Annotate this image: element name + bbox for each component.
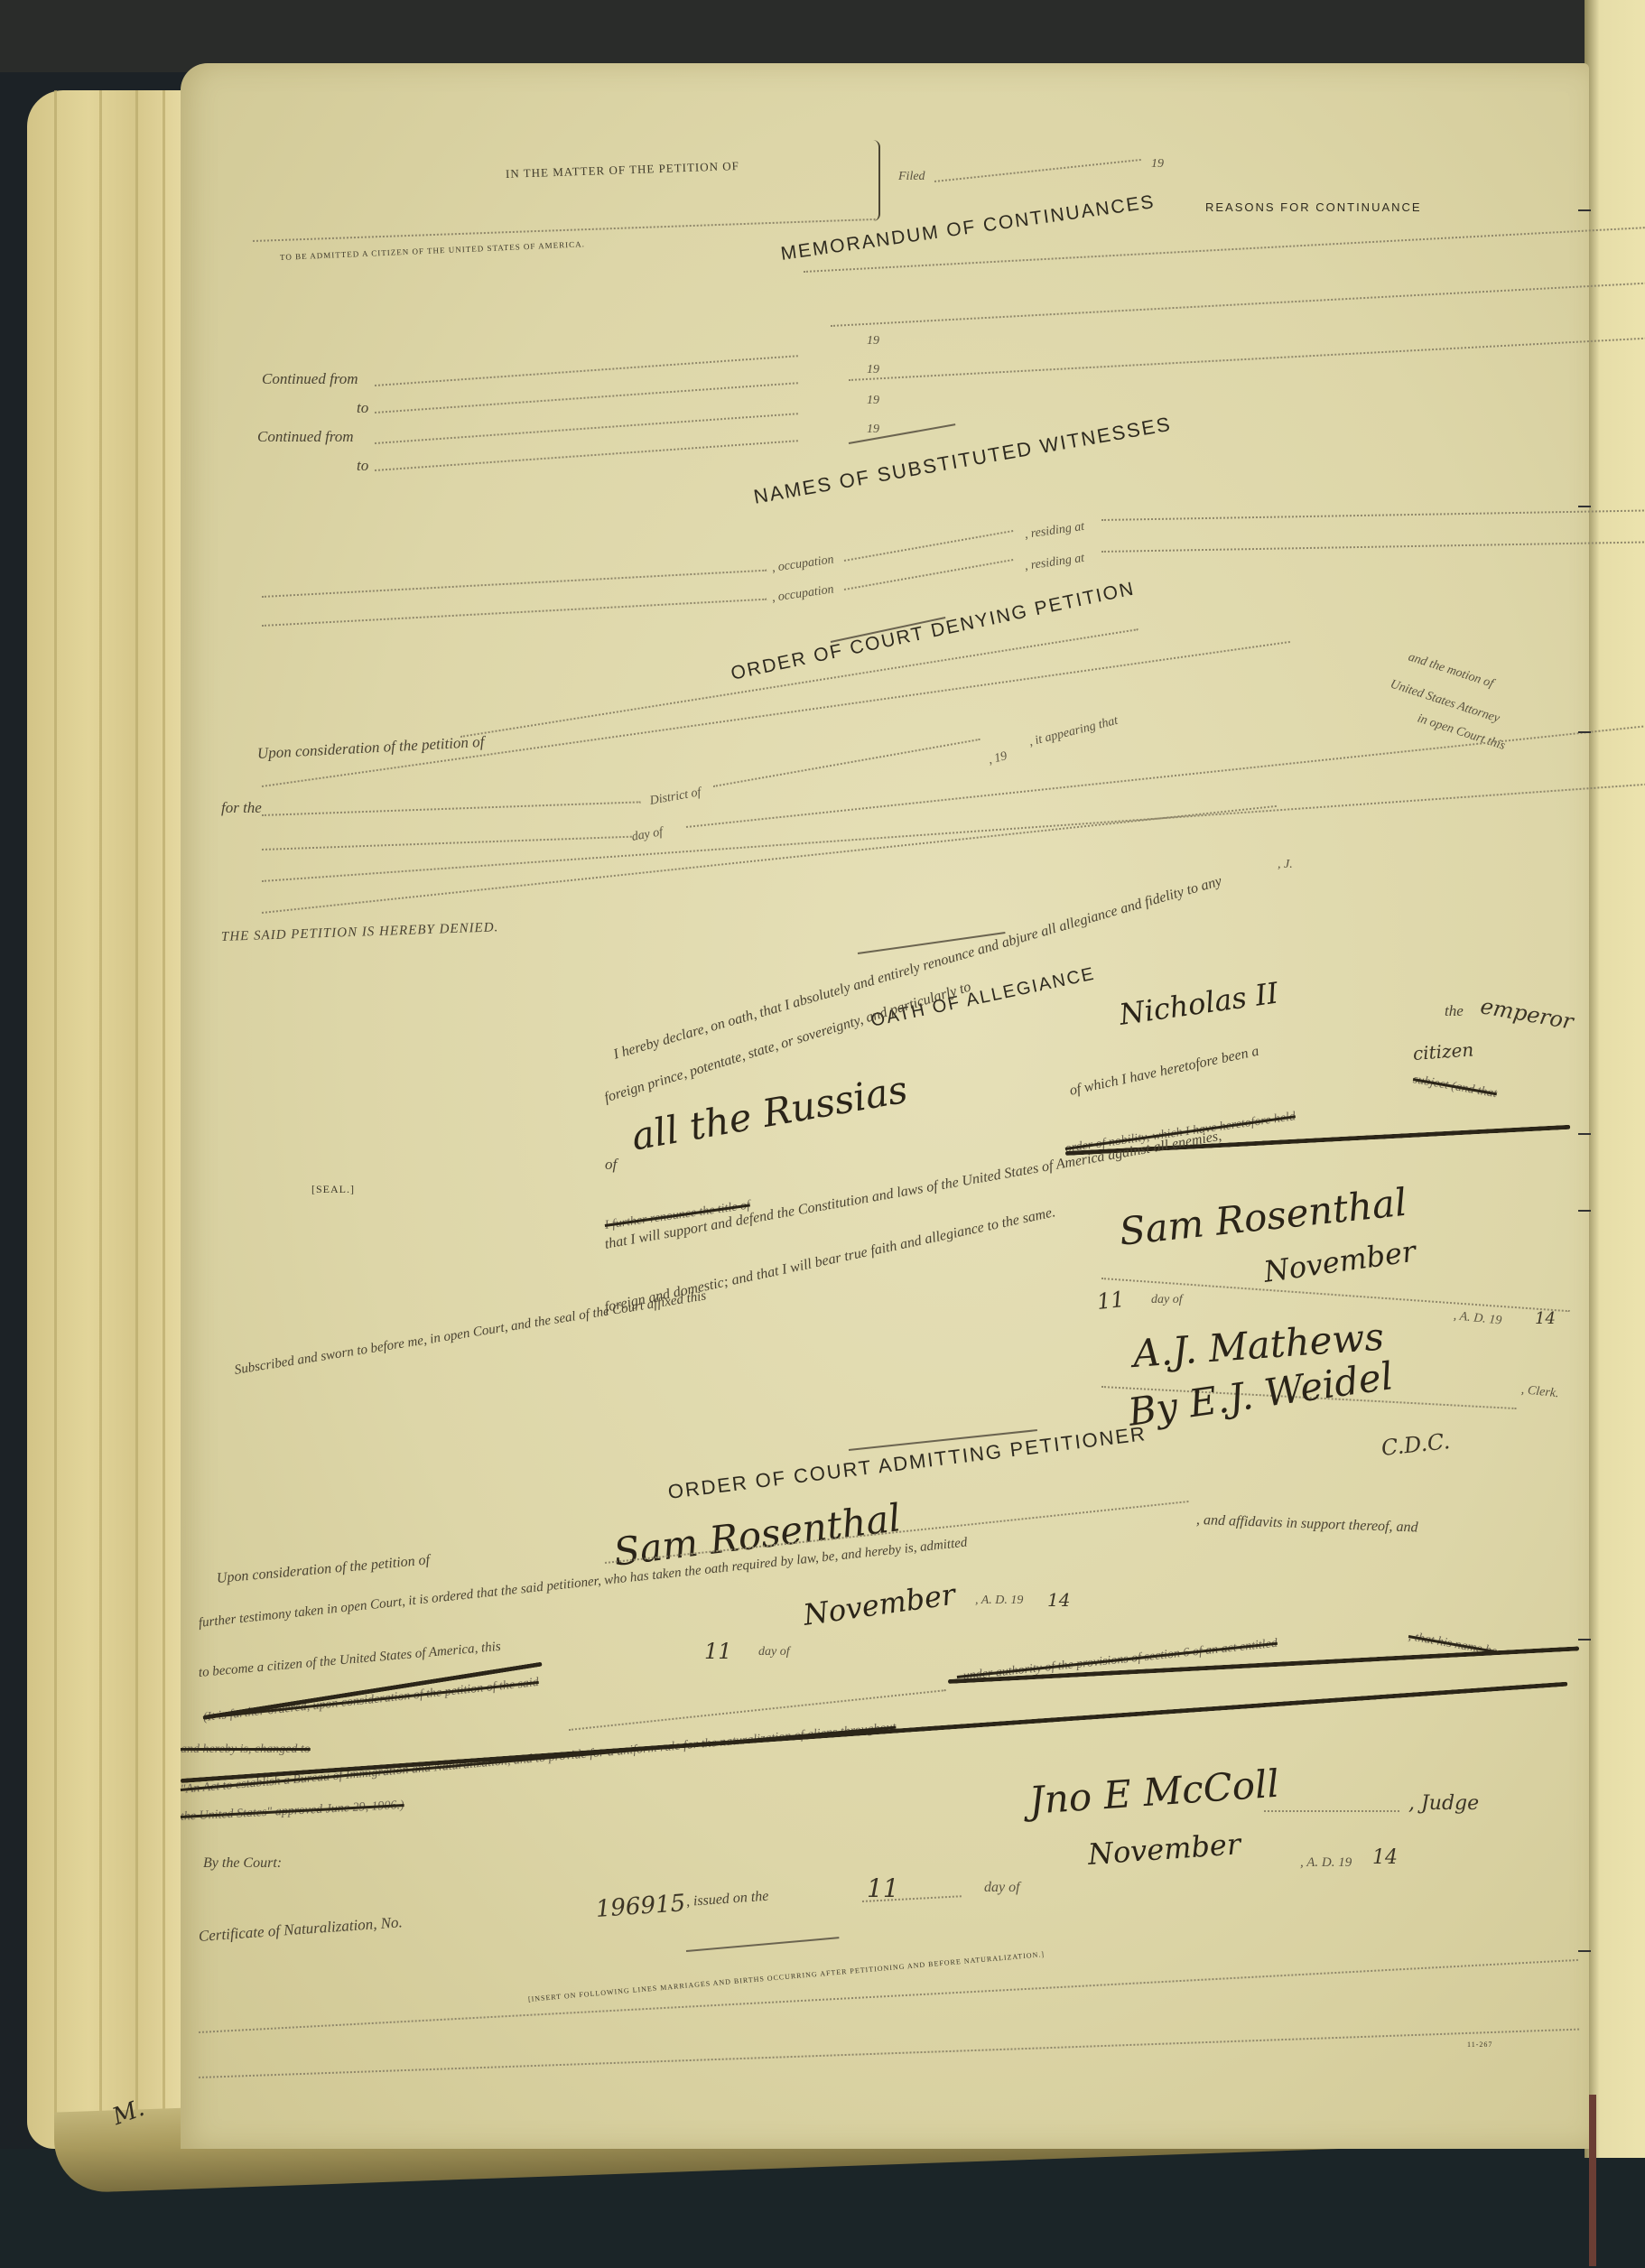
continued-from-line[interactable] — [375, 413, 798, 444]
continued-to-line[interactable] — [375, 382, 798, 414]
affidavits-label: , and affidavits in support thereof, and — [1196, 1512, 1418, 1537]
residing-at-label: , residing at — [1024, 552, 1085, 574]
admitting-upon-consideration: Upon consideration of the petition of — [216, 1552, 431, 1587]
day-of-label: day of — [631, 825, 665, 845]
occupation-label: , occupation — [771, 553, 835, 575]
year-prefix: 19 — [867, 423, 879, 437]
continued-from-line[interactable] — [375, 355, 798, 386]
binding-mark — [1578, 731, 1591, 733]
page-edge-line — [99, 90, 102, 2122]
header-brace — [871, 140, 880, 221]
continued-to-label: to — [357, 457, 368, 475]
struck-subject-text: subject (and that — [1412, 1073, 1498, 1101]
struck-clause-line: (It is further ordered, upon considerati… — [202, 1676, 539, 1725]
ad-label: , A. D. 19 — [1300, 1855, 1352, 1871]
continued-from-label: Continued from — [257, 428, 354, 446]
district-of-label: District of — [649, 785, 702, 809]
certificate-year: 14 — [1372, 1846, 1398, 1869]
denying-line[interactable] — [262, 778, 1645, 882]
district-line[interactable] — [713, 739, 980, 787]
judge-suffix: , J. — [1278, 858, 1293, 872]
binding-mark — [1578, 1210, 1591, 1212]
day-line[interactable] — [262, 836, 632, 850]
residence-line[interactable] — [1101, 540, 1645, 553]
admitted-month: November — [801, 1577, 957, 1632]
issued-on-label: , issued on the — [685, 1889, 769, 1910]
page-edge-line — [54, 90, 57, 2122]
marriages-births-line[interactable] — [199, 2029, 1579, 2078]
oath-the-label: the — [1445, 1002, 1464, 1020]
judge-signature: Jno E McColl — [1027, 1761, 1280, 1823]
binding-mark — [1578, 209, 1591, 211]
section-divider — [849, 423, 956, 444]
witness-name-line[interactable] — [262, 570, 767, 598]
binding-mark — [1578, 506, 1591, 507]
in-the-matter-label: IN THE MATTER OF THE PETITION OF — [506, 159, 739, 181]
handwritten-citizen: citizen — [1412, 1038, 1474, 1064]
facing-page-edge — [1585, 0, 1645, 2158]
continuances-title: MEMORANDUM OF CONTINUANCES — [779, 191, 1157, 265]
page-edge-line — [135, 90, 138, 2122]
to-be-admitted-label: TO BE ADMITTED A CITIZEN OF THE UNITED S… — [280, 239, 585, 262]
day-of-label: day of — [1151, 1293, 1183, 1307]
certificate-month: November — [1087, 1826, 1242, 1872]
it-appearing-label: , it appearing that — [1027, 714, 1120, 750]
page-edge-line — [163, 90, 165, 2122]
handwritten-sovereign: Nicholas II — [1117, 976, 1280, 1032]
seal-label: [SEAL.] — [311, 1183, 355, 1196]
struck-clause-line: the United States" approved June 29, 190… — [181, 1799, 404, 1825]
petitioner-name-line[interactable] — [253, 218, 876, 242]
witnesses-title: NAMES OF SUBSTITUTED WITNESSES — [752, 413, 1174, 509]
for-the-label: for the — [221, 799, 262, 817]
continued-to-line[interactable] — [375, 440, 798, 471]
judge-line[interactable] — [262, 805, 1277, 914]
judge-label: , Judge — [1408, 1792, 1479, 1815]
continued-from-label: Continued from — [262, 370, 358, 388]
occupation-line[interactable] — [844, 559, 1013, 590]
denying-year: , 19 — [987, 749, 1008, 768]
day-of-label: day of — [984, 1880, 1020, 1896]
subscribed-sworn-label: Subscribed and sworn to before me, in op… — [234, 1288, 708, 1378]
residence-line[interactable] — [1101, 508, 1645, 521]
certificate-label: Certificate of Naturalization, No. — [198, 1913, 403, 1946]
year-prefix: 19 — [867, 363, 879, 377]
occupation-line[interactable] — [844, 530, 1013, 562]
clerk-label: , Clerk. — [1520, 1383, 1559, 1401]
residing-at-label: , residing at — [1024, 520, 1085, 543]
document-content: IN THE MATTER OF THE PETITION OF Filed 1… — [181, 63, 1589, 2149]
oath-of-label: of — [605, 1156, 617, 1174]
handwritten-title: emperor — [1479, 993, 1575, 1035]
certificate-number: 196915 — [595, 1890, 686, 1923]
section-divider — [686, 1937, 840, 1952]
insert-note: [INSERT ON FOLLOWING LINES MARRIAGES AND… — [528, 1950, 1046, 2003]
reasons-for-continuance-label: REASONS FOR CONTINUANCE — [1205, 200, 1422, 214]
filed-year-prefix: 19 — [1151, 157, 1164, 172]
occupation-label: , occupation — [771, 582, 835, 605]
filed-date-line[interactable] — [934, 159, 1141, 182]
ledger-book: IN THE MATTER OF THE PETITION OF Filed 1… — [0, 0, 1645, 2268]
admitted-day: 11 — [704, 1639, 732, 1664]
ad-label: , A. D. 19 — [1453, 1309, 1502, 1328]
handwritten-month: November — [1261, 1234, 1417, 1289]
by-the-court-label: By the Court: — [203, 1855, 282, 1872]
handwritten-day: 11 — [1096, 1287, 1126, 1315]
bookmark-ribbon — [1589, 2095, 1596, 2266]
reason-line[interactable] — [849, 333, 1645, 381]
binding-mark — [1578, 1639, 1591, 1641]
petition-denied-label: THE SAID PETITION IS HEREBY DENIED. — [221, 920, 499, 945]
filed-label: Filed — [898, 170, 925, 184]
oath-line-1: I hereby declare, on oath, that I absolu… — [612, 873, 1224, 1063]
handwritten-year: 14 — [1535, 1309, 1556, 1328]
oath-line-3-suffix: of which I have heretofore been a — [1068, 1044, 1260, 1100]
ad-label: , A. D. 19 — [975, 1594, 1023, 1608]
struck-clause-line: and hereby is, changed to — [181, 1743, 311, 1757]
binding-mark — [1578, 1950, 1591, 1952]
struck-clause-line: "An Act to establish a Bureau of Immigra… — [180, 1721, 897, 1798]
form-number: 11-267 — [1467, 2040, 1492, 2049]
admitted-year: 14 — [1047, 1589, 1070, 1611]
day-of-label: day of — [758, 1645, 790, 1659]
year-prefix: 19 — [867, 334, 879, 349]
witness-name-line[interactable] — [262, 599, 767, 627]
continued-to-label: to — [357, 399, 368, 417]
denying-line[interactable] — [686, 718, 1645, 828]
reason-line[interactable] — [831, 278, 1645, 327]
deputy-clerk-abbrev: C.D.C. — [1380, 1428, 1452, 1461]
denying-petitioner-line[interactable] — [460, 628, 1138, 738]
year-prefix: 19 — [867, 394, 879, 408]
admitting-title: ORDER OF COURT ADMITTING PETITIONER — [666, 1422, 1148, 1504]
judge-signature-line — [1264, 1810, 1399, 1812]
district-prefix-line[interactable] — [262, 801, 641, 816]
binding-mark — [1578, 1133, 1591, 1135]
